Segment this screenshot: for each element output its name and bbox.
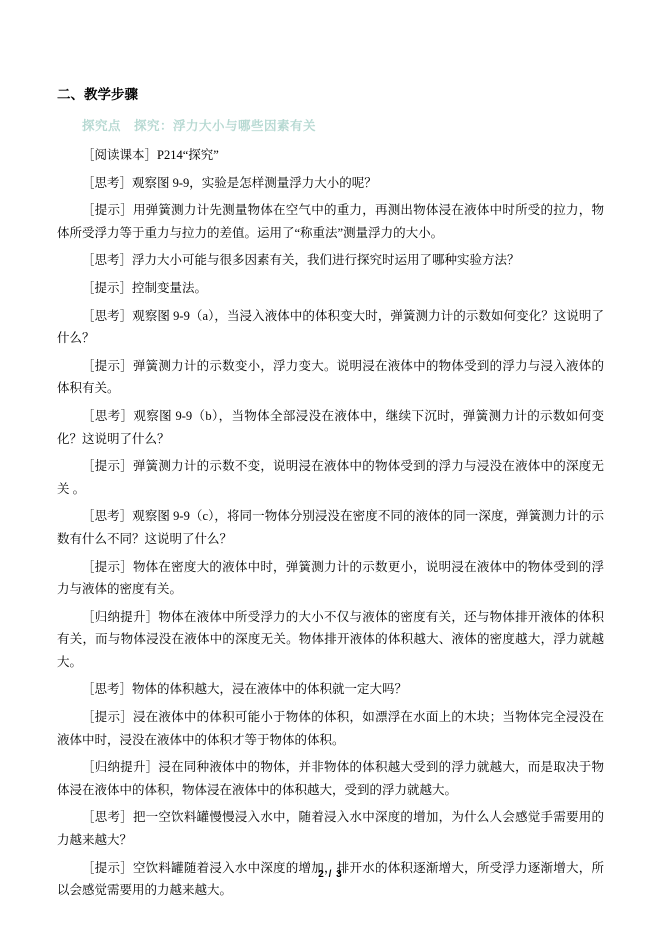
paragraph-think: ［思考］观察图 9-9（c），将同一物体分别浸没在密度不同的液体的同一深度，弹簧… <box>57 505 604 550</box>
paragraph-hint: ［提示］物体在密度大的液体中时，弹簧测力计的示数更小，说明浸在液体中的物体受到的… <box>57 556 604 601</box>
paragraph-hint: ［提示］控制变量法。 <box>57 277 604 300</box>
paragraph-reading: ［阅读课本］P214“探究” <box>57 144 604 167</box>
topic-line: 探究点 探究：浮力大小与哪些因素有关 <box>57 115 604 137</box>
paragraph-summary: ［归纳提升］物体在液体中所受浮力的大小不仅与液体的密度有关，还与物体排开液体的体… <box>57 606 604 674</box>
paragraph-think: ［思考］观察图 9-9（a），当浸入液体中的体积变大时，弹簧测力计的示数如何变化… <box>57 305 604 350</box>
paragraph-think: ［思考］浮力大小可能与很多因素有关，我们进行探究时运用了哪种实验方法？ <box>57 249 604 272</box>
paragraph-hint: ［提示］弹簧测力计的示数变小，浮力变大。说明浸在液体中的物体受到的浮力与浸入液体… <box>57 355 604 400</box>
page-number: 2 / 3 <box>0 869 661 880</box>
paragraph-summary: ［归纳提升］浸在同种液体中的物体，并非物体的体积越大受到的浮力就越大，而是取决于… <box>57 756 604 801</box>
paragraph-think: ［思考］观察图 9-9，实验是怎样测量浮力大小的呢？ <box>57 172 604 195</box>
paragraph-think: ［思考］把一空饮料罐慢慢浸入水中，随着浸入水中深度的增加，为什么人会感觉手需要用… <box>57 806 604 851</box>
paragraph-think: ［思考］物体的体积越大，浸在液体中的体积就一定大吗？ <box>57 678 604 701</box>
document-page: 二、教学步骤 探究点 探究：浮力大小与哪些因素有关 ［阅读课本］P214“探究”… <box>0 0 661 935</box>
paragraph-hint: ［提示］用弹簧测力计先测量物体在空气中的重力，再测出物体浸在液体中时所受的拉力，… <box>57 199 604 244</box>
section-title: 二、教学步骤 <box>57 84 604 106</box>
paragraph-think: ［思考］观察图 9-9（b），当物体全部浸没在液体中，继续下沉时，弹簧测力计的示… <box>57 405 604 450</box>
paragraph-hint: ［提示］浸在液体中的体积可能小于物体的体积，如漂浮在水面上的木块；当物体完全浸没… <box>57 706 604 751</box>
paragraph-hint: ［提示］弹簧测力计的示数不变，说明浸在液体中的物体受到的浮力与浸没在液体中的深度… <box>57 455 604 500</box>
